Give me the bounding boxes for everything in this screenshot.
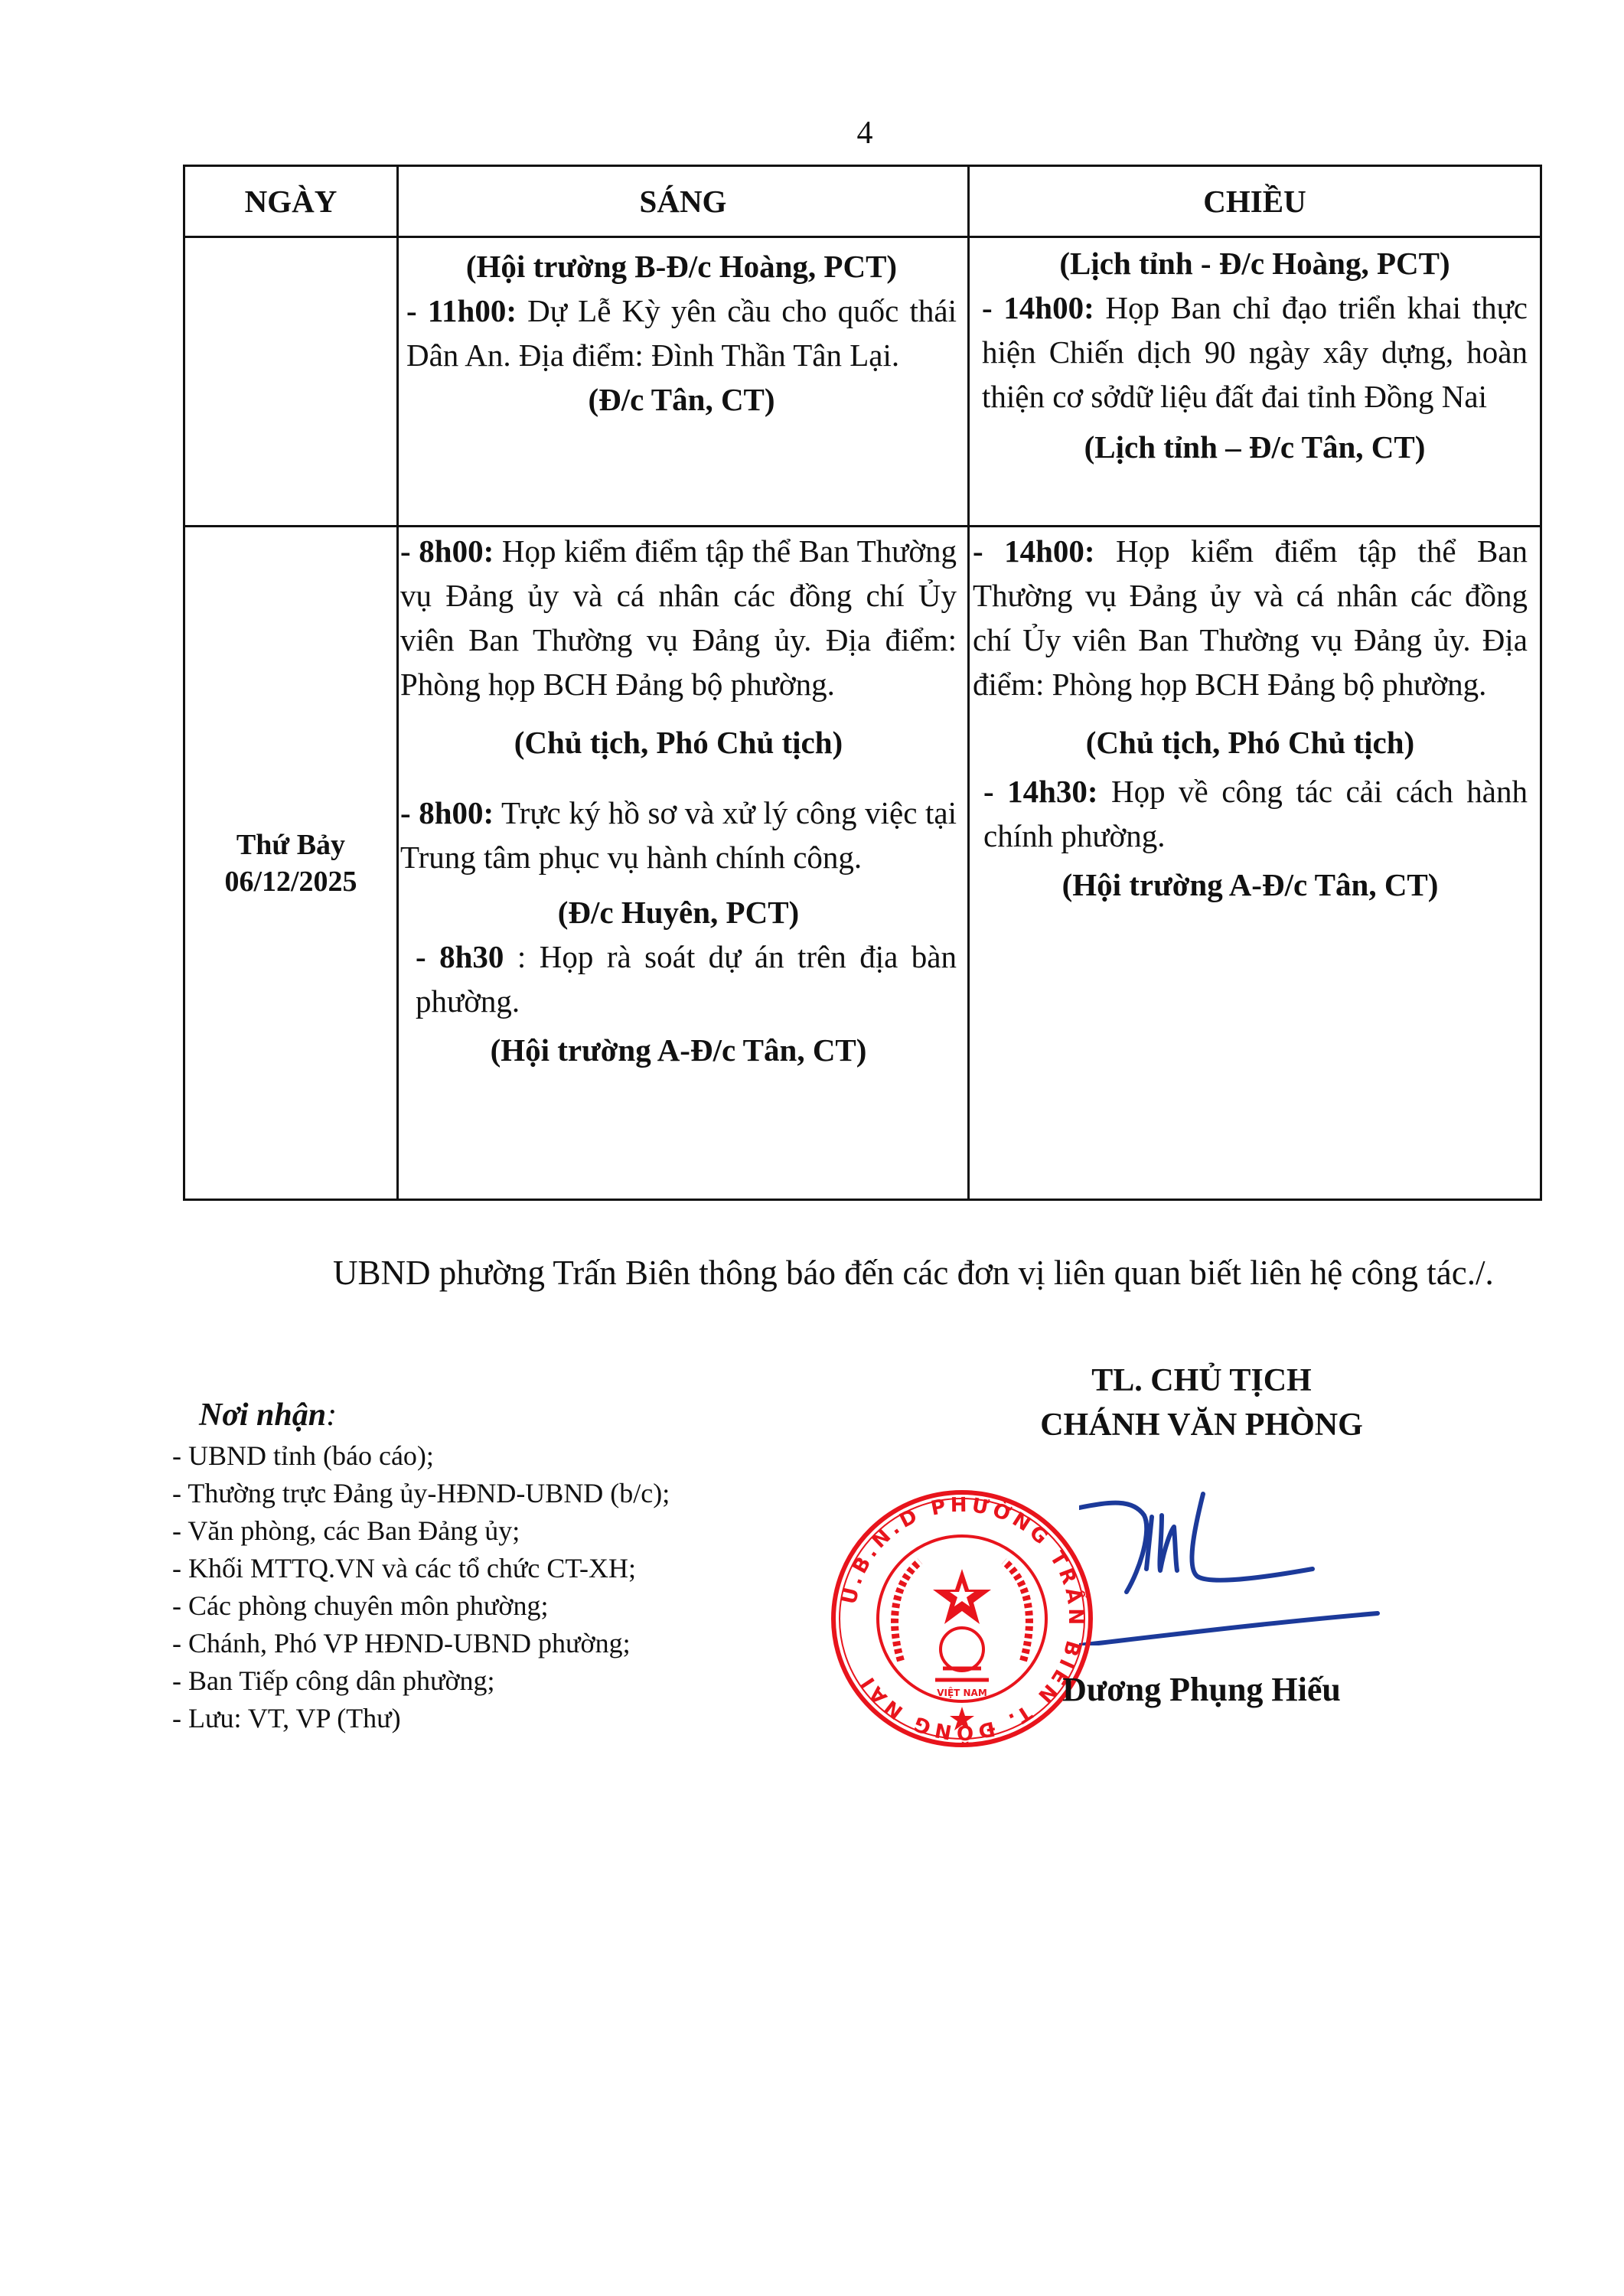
entry-time: - 8h30 bbox=[416, 939, 504, 974]
closing-paragraph: UBND phường Trấn Biên thông báo đến các … bbox=[233, 1249, 1504, 1296]
entry-time: - 11h00: bbox=[406, 293, 517, 328]
header-morning: SÁNG bbox=[398, 166, 969, 237]
schedule-entry: - 14h00: Họp kiểm điểm tập thể Ban Thườn… bbox=[973, 529, 1528, 706]
recipient-item: - Lưu: VT, VP (Thư) bbox=[172, 1700, 670, 1737]
entry-time: - 8h00: bbox=[400, 533, 494, 569]
handwritten-signature-icon bbox=[1079, 1485, 1431, 1645]
responsible: (Lịch tỉnh - Đ/c Hoàng, PCT) bbox=[982, 241, 1528, 285]
schedule-entry: - 14h30: Họp về công tác cải cách hành c… bbox=[973, 769, 1528, 858]
signer-authority: TL. CHỦ TỊCH bbox=[957, 1358, 1446, 1403]
schedule-entry: - 8h30 : Họp rà soát dự án trên địa bàn … bbox=[400, 934, 957, 1023]
entry-time: - 14h00: bbox=[973, 533, 1095, 569]
table-header-row: NGÀY SÁNG CHIỀU bbox=[184, 166, 1541, 237]
page-number: 4 bbox=[0, 115, 1624, 152]
recipient-item: - Chánh, Phó VP HĐND-UBND phường; bbox=[172, 1625, 670, 1662]
table-row: (Hội trường B-Đ/c Hoàng, PCT) - 11h00: D… bbox=[184, 237, 1541, 527]
day-cell bbox=[184, 237, 398, 527]
day-name: Thứ Bảy bbox=[185, 827, 396, 863]
table-row: Thứ Bảy 06/12/2025 - 8h00: Họp kiểm điểm… bbox=[184, 527, 1541, 1200]
afternoon-cell: - 14h00: Họp kiểm điểm tập thể Ban Thườn… bbox=[969, 527, 1541, 1200]
responsible: (Chủ tịch, Phó Chủ tịch) bbox=[400, 720, 957, 765]
responsible: (Hội trường A-Đ/c Tân, CT) bbox=[400, 1028, 957, 1072]
header-day: NGÀY bbox=[184, 166, 398, 237]
schedule-entry: - 8h00: Họp kiểm điểm tập thể Ban Thường… bbox=[400, 529, 957, 706]
schedule-table: NGÀY SÁNG CHIỀU (Hội trường B-Đ/c Hoàng,… bbox=[183, 165, 1542, 1201]
entry-time: - 14h00: bbox=[982, 290, 1094, 325]
morning-cell: - 8h00: Họp kiểm điểm tập thể Ban Thường… bbox=[398, 527, 969, 1200]
recipient-item: - Khối MTTQ.VN và các tổ chức CT-XH; bbox=[172, 1550, 670, 1587]
official-stamp-icon: U.B.N.D PHƯỜNG TRẤN BIÊN T. ĐỒNG NAI VIỆ… bbox=[828, 1485, 1096, 1753]
recipients-title: Nơi nhận: bbox=[172, 1393, 670, 1437]
recipient-item: - Thường trực Đảng ủy-HĐND-UBND (b/c); bbox=[172, 1475, 670, 1512]
responsible: (Lịch tỉnh – Đ/c Tân, CT) bbox=[982, 425, 1528, 469]
recipient-item: - Văn phòng, các Ban Đảng ủy; bbox=[172, 1512, 670, 1550]
schedule-entry: - 14h00: Họp Ban chỉ đạo triển khai thực… bbox=[982, 285, 1528, 419]
afternoon-cell: (Lịch tỉnh - Đ/c Hoàng, PCT) - 14h00: Họ… bbox=[969, 237, 1541, 527]
recipient-item: - Ban Tiếp công dân phường; bbox=[172, 1662, 670, 1700]
header-afternoon: CHIỀU bbox=[969, 166, 1541, 237]
responsible: (Hội trường A-Đ/c Tân, CT) bbox=[973, 863, 1528, 907]
day-date: 06/12/2025 bbox=[185, 863, 396, 900]
recipient-item: - UBND tỉnh (báo cáo); bbox=[172, 1437, 670, 1475]
signer-position: CHÁNH VĂN PHÒNG bbox=[957, 1403, 1446, 1447]
responsible: (Hội trường B-Đ/c Hoàng, PCT) bbox=[406, 244, 957, 289]
entry-time: - 14h30: bbox=[983, 774, 1098, 809]
closing-text: UBND phường Trấn Biên thông báo đến các … bbox=[333, 1254, 1494, 1292]
recipient-item: - Các phòng chuyên môn phường; bbox=[172, 1587, 670, 1625]
recipients-block: Nơi nhận: - UBND tỉnh (báo cáo); - Thườn… bbox=[172, 1393, 670, 1737]
entry-time: - 8h00: bbox=[400, 795, 494, 830]
responsible: (Đ/c Huyên, PCT) bbox=[400, 890, 957, 934]
schedule-entry: - 11h00: Dự Lễ Kỳ yên cầu cho quốc thái … bbox=[406, 289, 957, 377]
day-cell: Thứ Bảy 06/12/2025 bbox=[184, 527, 398, 1200]
morning-cell: (Hội trường B-Đ/c Hoàng, PCT) - 11h00: D… bbox=[398, 237, 969, 527]
signature-title-block: TL. CHỦ TỊCH CHÁNH VĂN PHÒNG bbox=[957, 1358, 1446, 1447]
responsible: (Đ/c Tân, CT) bbox=[406, 377, 957, 422]
schedule-entry: - 8h00: Trực ký hồ sơ và xử lý công việc… bbox=[400, 791, 957, 879]
signer-name: Dương Phụng Hiếu bbox=[957, 1670, 1446, 1709]
responsible: (Chủ tịch, Phó Chủ tịch) bbox=[973, 720, 1528, 765]
